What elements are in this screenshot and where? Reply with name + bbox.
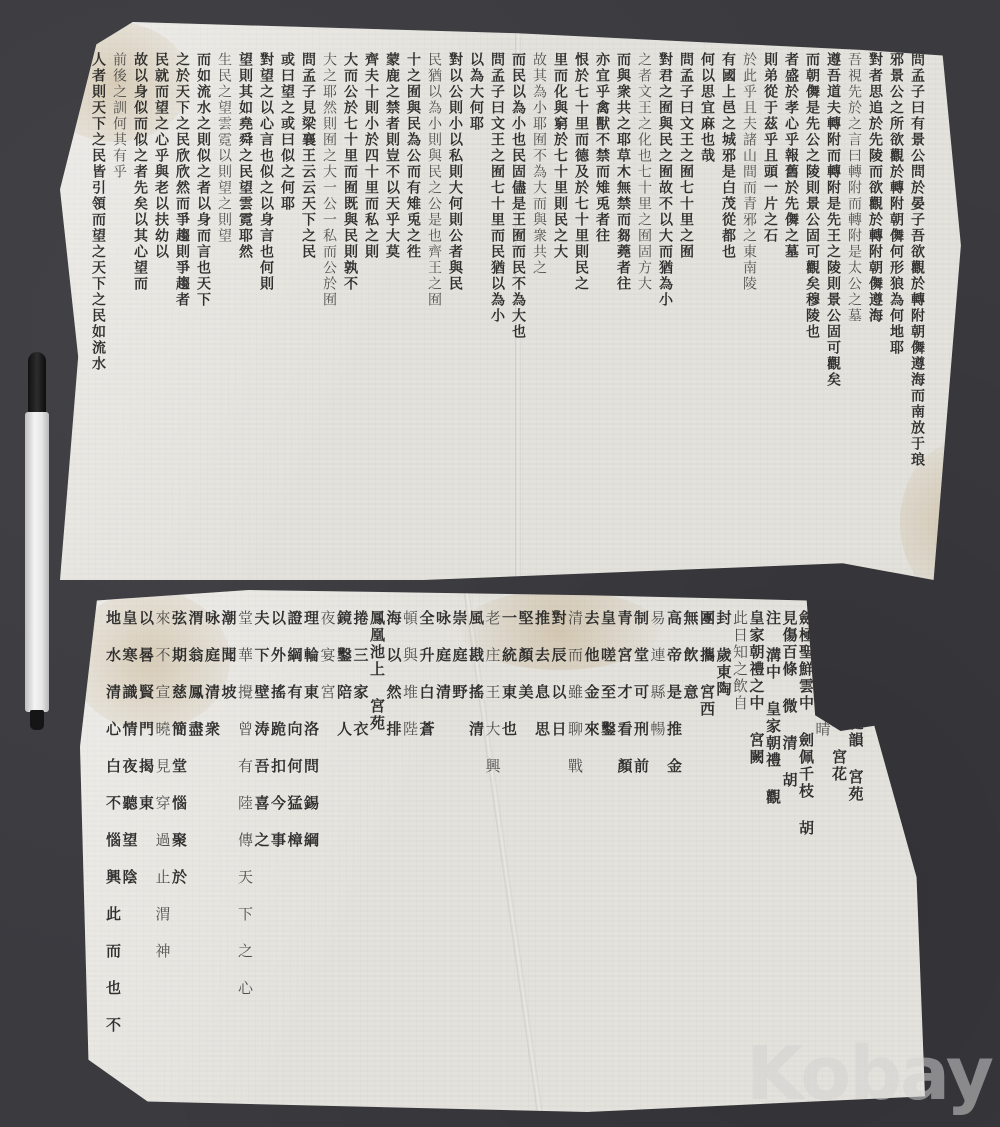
manuscript-column: 易 連 縣 暢: [654, 610, 671, 1092]
manuscript-column: 咏 庭 清: [440, 610, 457, 1092]
manuscript-column: 對望之以心言也似之以身言也何則: [258, 52, 279, 560]
manuscript-column: 人者則天下之民皆引領而望之天下之民如流水: [90, 52, 111, 560]
manuscript-column: 見傷百條 微 清 胡: [786, 610, 803, 1092]
manuscript-column: 弦 期 慈 簡 堂 惱 聚 於: [176, 610, 193, 1092]
manuscript-column: 鼓上高飛天子氣 宮花: [836, 610, 853, 1092]
manuscript-column: 遵吾道夫轉附而轉附是先王之陵則景公固可觀矣: [825, 52, 846, 560]
pen-body: [25, 412, 49, 712]
manuscript-column: 清 而 雖 聊 戰: [572, 610, 589, 1092]
manuscript-column: 而與衆共之耶草木無禁而芻蕘者往: [615, 52, 636, 560]
manuscript-column: 大之耶然則囿之大一公一私而公於囿: [321, 52, 342, 560]
manuscript-column: 或曰望之或曰似之何耶: [279, 52, 300, 560]
manuscript-column: 青 宮 才 看 顏: [621, 610, 638, 1092]
manuscript-column: 此日知之飲自: [737, 610, 754, 1092]
manuscript-column: 頓 與 堆 陛: [407, 610, 424, 1092]
manuscript-column: 海 以 然 排: [390, 610, 407, 1092]
manuscript-column: 來仙坂聞制 乾韻 宮苑: [852, 610, 869, 1092]
manuscript-column: 堅 顏 美: [522, 610, 539, 1092]
manuscript-column: 理 輪 東 洛 問 錫 綱: [308, 610, 325, 1092]
manuscript-column: 無 飲 意: [687, 610, 704, 1092]
manuscript-column: 十之囿與民為公而有雉兎之徃: [405, 52, 426, 560]
manuscript-column: 對君之囿與民之囿故不以大而猶為小: [657, 52, 678, 560]
manuscript-column: 問孟子曰有景公問於晏子吾欲觀於轉附朝儛遵海而南放于琅: [909, 52, 930, 560]
manuscript-column: 民猶以為小則與民之公是也齊王之囿: [426, 52, 447, 560]
pen-cap: [28, 352, 46, 414]
manuscript-column: 亦宜乎禽獸不禁而雉兎者往: [594, 52, 615, 560]
manuscript-column: 里而化與窮於七十里則民之大: [552, 52, 573, 560]
manuscript-column: 何以思宜麻也哉: [699, 52, 720, 560]
manuscript-column: 封 歲東陶: [720, 610, 737, 1092]
manuscript-column: 生民之望雲霓以則望之則望: [216, 52, 237, 560]
kobay-watermark: Kobay: [746, 1031, 992, 1117]
manuscript-column: 之者文王之化也七十里之囿固方大: [636, 52, 657, 560]
manuscript-column: 崇 庭 野: [456, 610, 473, 1092]
manuscript-column: 則弟從于茲乎且頭一片之石: [762, 52, 783, 560]
manuscript-column: 有國上邑之城邪是白茂從都也: [720, 52, 741, 560]
manuscript-column: 以 外 搖 跪 扣 今 事: [275, 610, 292, 1092]
manuscript-column: 潮 聞 坡: [225, 610, 242, 1092]
manuscript-column: 而朝儛是先公之陵則景公固可觀矣穆陵也: [804, 52, 825, 560]
manuscript-column: 故以身似而似之者先矣以其心望而: [132, 52, 153, 560]
manuscript-column: 推 去 息 思: [539, 610, 556, 1092]
manuscript-column: 以為大何耶: [468, 52, 489, 560]
manuscript-column: 制 堂 可 刑 前: [638, 610, 655, 1092]
manuscript-column: 皇 嗟 至 鑿: [605, 610, 622, 1092]
manuscript-column: 皇家朝禮之中 宮闕: [753, 610, 770, 1092]
manuscript-column: 團 攜 宮西: [704, 610, 721, 1092]
manuscript-column: 而民以為小也民固儘是王囿而民不為大也: [510, 52, 531, 560]
manuscript-column: 者盛於孝心乎報舊於先儛之墓: [783, 52, 804, 560]
manuscript-column: 問孟子曰文王之囿七十里而民猶以為小: [489, 52, 510, 560]
manuscript-column: 渭 翁 鳳 盡: [192, 610, 209, 1092]
manuscript-column: 咏 庭 清 衆: [209, 610, 226, 1092]
manuscript-column: 對以公則小以私則大何則公者與民: [447, 52, 468, 560]
manuscript-column: 恨於七十里而德及於七十里則民之: [573, 52, 594, 560]
manuscript-column: 高 帝 是 推 金: [671, 610, 688, 1092]
text-columns-top: 問孟子曰有景公問於晏子吾欲觀於轉附朝儛遵海而南放于琅邪景公之所欲觀於轉附朝儛何形…: [60, 22, 970, 580]
pen-scale-object: [22, 352, 52, 732]
manuscript-column: 故其為小耶囿不為大而與衆共之: [531, 52, 552, 560]
manuscript-column: 劍極聖鮮雲中 劍佩千枝 胡: [803, 610, 820, 1092]
manuscript-column: 去 他 金 來: [588, 610, 605, 1092]
manuscript-column: 頁 詩: [869, 610, 886, 1092]
manuscript-column: 今 歲 月 晴: [819, 610, 836, 1092]
manuscript-column: 證 綱 有 向 何 猛 樟: [291, 610, 308, 1092]
manuscript-column: 全 升 白 蒼: [423, 610, 440, 1092]
manuscript-column: 之於天下之民欣欣然而爭趨則爭趨者: [174, 52, 195, 560]
manuscript-column: 問孟子曰文王之囿七十里之囿: [678, 52, 699, 560]
manuscript-column: 風 戡 搖 清: [473, 610, 490, 1092]
manuscript-column: 前後之訓何其有乎: [111, 52, 132, 560]
manuscript-column: 大而公於七十里而囿既與民則孰不: [342, 52, 363, 560]
manuscript-column: 老 庄 王 大 興: [489, 610, 506, 1092]
manuscript-column: 對者思追於先陵而欲觀於轉附朝儛遵海: [867, 52, 888, 560]
manuscript-column: 對 辰 以 日: [555, 610, 572, 1092]
manuscript-column: 於此乎且夫諸山間而青邪之東南陵: [741, 52, 762, 560]
manuscript-column: 夫 下 壁 涛 吾 喜 之: [258, 610, 275, 1092]
manuscript-column: 鏡 鑿 陪 人: [341, 610, 358, 1092]
manuscript-column: 邪景公之所欲觀於轉附朝儛何形狼為何地耶: [888, 52, 909, 560]
manuscript-column: 以 晷 賢 門 揭 東: [143, 610, 160, 1092]
manuscript-column: 民就而望之心乎與老以扶幼以: [153, 52, 174, 560]
manuscript-column: 問孟子見梁襄王云云天下之民: [300, 52, 321, 560]
manuscript-column: 夜 宴 宮: [324, 610, 341, 1092]
manuscript-sheet-top: 問孟子曰有景公問於晏子吾欲觀於轉附朝儛遵海而南放于琅邪景公之所欲觀於轉附朝儛何形…: [60, 22, 970, 580]
manuscript-column: 齊夫十則小於四十里而私之則: [363, 52, 384, 560]
manuscript-column: 來 不 宣 曉 見 穿 過 止 渭 神: [159, 610, 176, 1092]
manuscript-column: 望則其如堯舜之民望雲霓耶然: [237, 52, 258, 560]
manuscript-column: 蒙鹿之禁者則豈不以天乎大莫: [384, 52, 405, 560]
manuscript-column: 一 統 東 也: [506, 610, 523, 1092]
manuscript-column: 地 水 清 心 白 不 惱 興 此 而 也 不: [110, 610, 127, 1092]
pen-tip: [30, 710, 44, 730]
manuscript-column: 注 溝中 皇家朝禮 觀: [770, 610, 787, 1092]
manuscript-column: 堂 華 攪 曾 有 陸 傳 天 下 之 心: [242, 610, 259, 1092]
manuscript-column: 捲 三 家 衣: [357, 610, 374, 1092]
manuscript-column: 吾視先於之言曰轉附而轉附是太公之墓: [846, 52, 867, 560]
manuscript-column: 鳳凰池上 宮苑: [374, 610, 391, 1092]
manuscript-column: 皇 寒 識 情 夜 聽 望 陰: [126, 610, 143, 1092]
manuscript-column: 而如流水之則似之者以身而言也天下: [195, 52, 216, 560]
